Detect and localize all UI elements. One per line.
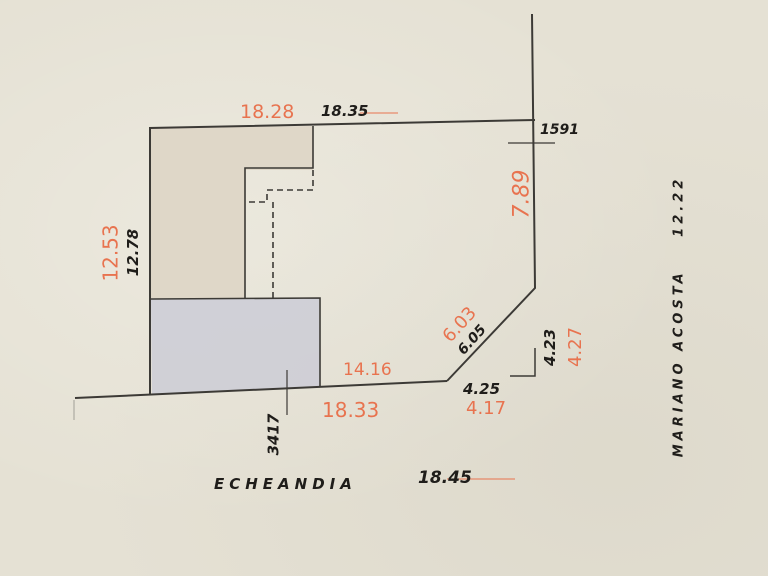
lot-plan-drawing	[0, 0, 768, 576]
rear-building	[151, 126, 313, 298]
street-length-echeandia: 18.45	[418, 470, 472, 487]
dim-corner-right-black: 4.23	[543, 329, 558, 366]
dim-right-marker: 1591	[540, 123, 579, 137]
dim-corner-right-red: 4.27	[567, 327, 585, 367]
dim-top-red: 18.28	[240, 103, 294, 122]
street-length-mariano-acosta: 12.22	[671, 176, 686, 237]
dim-top-black: 18.35	[321, 104, 368, 119]
dashed-outline	[245, 170, 313, 202]
street-name-echeandia: ECHEANDIA	[214, 477, 357, 492]
street-name-mariano-acosta: MARIANO ACOSTA 12.22	[672, 176, 685, 458]
dim-right-red: 7.89	[511, 170, 533, 219]
dim-corner-bottom-red: 4.17	[466, 400, 506, 418]
dim-bottom-inner-red: 14.16	[343, 362, 392, 379]
dim-left-black: 12.78	[126, 229, 141, 276]
dim-bottom-marker: 3417	[266, 414, 281, 456]
street-name-mariano-acosta-text: MARIANO ACOSTA	[671, 269, 686, 457]
corner-bracket	[510, 348, 535, 376]
dim-bottom-outer-red: 18.33	[322, 400, 379, 420]
dim-corner-bottom-black: 4.25	[463, 382, 500, 397]
front-building	[151, 298, 320, 394]
dim-left-red: 12.53	[101, 224, 121, 281]
